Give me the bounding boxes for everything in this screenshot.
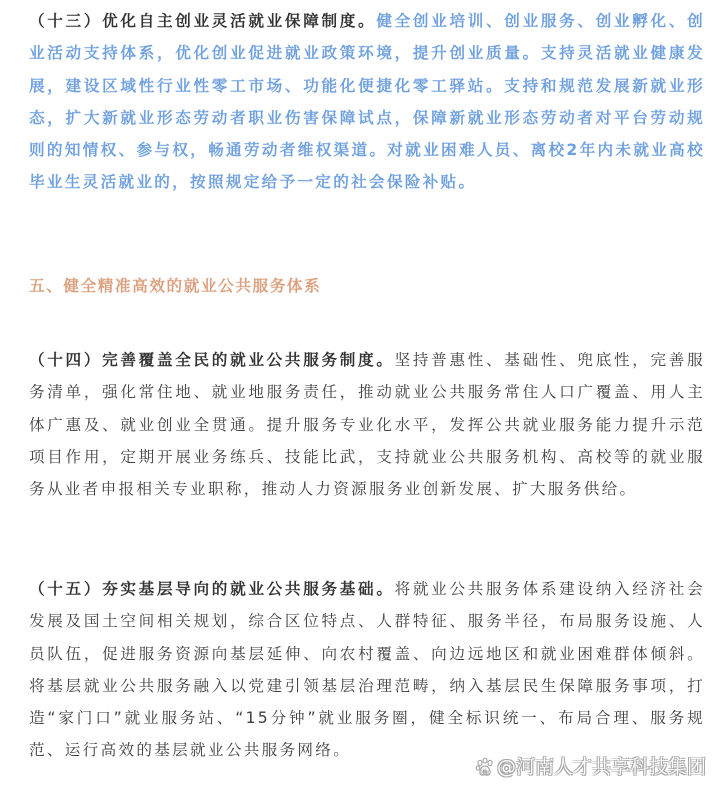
section-14-body: 坚持普惠性、基础性、兜底性，完善服务清单，强化常住地、就业地服务责任，推动就业公… — [29, 351, 705, 498]
section-14-lead: （十四）完善覆盖全民的就业公共服务制度。 — [29, 351, 395, 369]
section-13-lead: （十三）优化自主创业灵活就业保障制度。 — [29, 12, 376, 30]
section-13-paragraph: （十三）优化自主创业灵活就业保障制度。健全创业培训、创业服务、创业孵化、创业活动… — [29, 5, 705, 199]
section-15-lead: （十五）夯实基层导向的就业公共服务基础。 — [29, 580, 395, 598]
section-heading-5: 五、健全精准高效的就业公共服务体系 — [29, 272, 321, 300]
section-15-body: 将就业公共服务体系建设纳入经济社会发展及国土空间相关规划，综合区位特点、人群特征… — [29, 580, 705, 759]
section-15-paragraph: （十五）夯实基层导向的就业公共服务基础。将就业公共服务体系建设纳入经济社会发展及… — [29, 573, 705, 767]
watermark-text: @河南人才共享科技集团 — [497, 755, 706, 779]
svg-text:du: du — [482, 769, 488, 775]
section-13-body: 健全创业培训、创业服务、创业孵化、创业活动支持体系，优化创业促进就业政策环境，提… — [29, 12, 705, 191]
watermark: du @河南人才共享科技集团 — [475, 755, 706, 779]
baidu-paw-icon: du — [475, 757, 495, 777]
section-14-paragraph: （十四）完善覆盖全民的就业公共服务制度。坚持普惠性、基础性、兜底性，完善服务清单… — [29, 344, 705, 505]
